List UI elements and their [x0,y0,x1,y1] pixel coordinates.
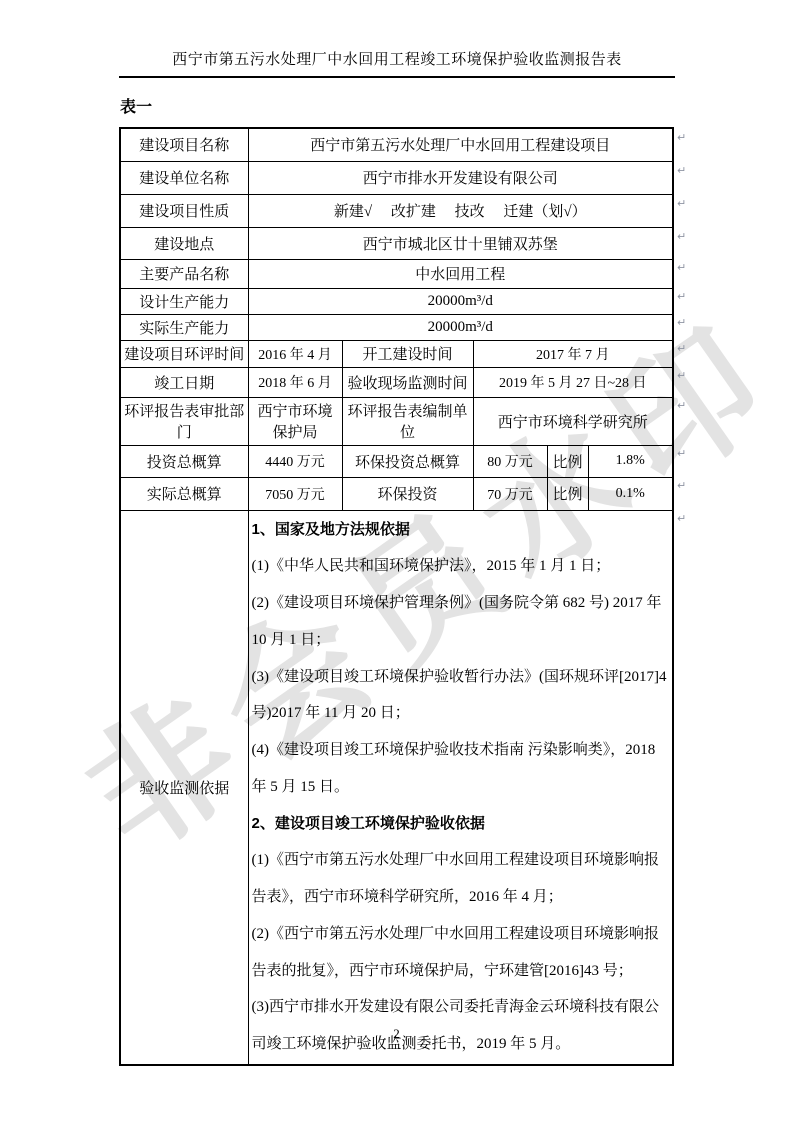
table-row: 竣工日期 2018 年 6 月 验收现场监测时间 2019 年 5 月 27 日… [120,367,673,397]
basis-item: (2)《西宁市第五污水处理厂中水回用工程建设项目环境影响报告表的批复》，西宁市环… [252,916,670,990]
row-label: 设计生产能力 [120,288,248,314]
row-label: 开工建设时间 [342,340,473,367]
row-label: 建设项目环评时间 [120,340,248,367]
row-label: 比例 [547,477,588,510]
row-label: 竣工日期 [120,367,248,397]
table-row: 实际生产能力 20000m³/d [120,314,673,340]
paragraph-mark-icon: ↵ [677,447,686,460]
basis-heading: 2、建设项目竣工环境保护验收依据 [252,806,670,843]
row-label: 建设项目名称 [120,128,248,161]
row-label: 实际总概算 [120,477,248,510]
row-label: 验收监测依据 [120,510,248,1065]
row-value: 西宁市第五污水处理厂中水回用工程建设项目 [248,128,673,161]
report-table: 建设项目名称 西宁市第五污水处理厂中水回用工程建设项目 建设单位名称 西宁市排水… [119,127,674,1066]
paragraph-mark-icon: ↵ [677,290,686,303]
basis-item: (1)《中华人民共和国环境保护法》，2015 年 1 月 1 日； [252,548,670,585]
table-row: 验收监测依据 1、国家及地方法规依据 (1)《中华人民共和国环境保护法》，201… [120,510,673,1065]
row-value: 20000m³/d [248,288,673,314]
row-label: 实际生产能力 [120,314,248,340]
document-title: 西宁市第五污水处理厂中水回用工程竣工环境保护验收监测报告表 [119,48,675,78]
paragraph-mark-icon: ↵ [677,479,686,492]
row-value: 4440 万元 [248,445,342,477]
table-row: 投资总概算 4440 万元 环保投资总概算 80 万元 比例 1.8% [120,445,673,477]
row-label: 建设单位名称 [120,161,248,194]
paragraph-mark-icon: ↵ [677,131,686,144]
table-row: 建设单位名称 西宁市排水开发建设有限公司 [120,161,673,194]
row-value: 0.1% [588,477,673,510]
row-label: 环保投资 [342,477,473,510]
row-value: 70 万元 [473,477,547,510]
table-row: 建设项目名称 西宁市第五污水处理厂中水回用工程建设项目 [120,128,673,161]
row-label: 环评报告表编制单位 [342,397,473,445]
row-value: 7050 万元 [248,477,342,510]
row-value: 1.8% [588,445,673,477]
table-row: 建设项目性质 新建√ 改扩建 技改 迁建（划√） [120,194,673,227]
paragraph-mark-icon: ↵ [677,261,686,274]
row-label: 比例 [547,445,588,477]
row-value: 80 万元 [473,445,547,477]
row-value: 西宁市排水开发建设有限公司 [248,161,673,194]
row-value: 2019 年 5 月 27 日~28 日 [473,367,673,397]
paragraph-mark-icon: ↵ [677,369,686,382]
row-value: 西宁市城北区廿十里铺双苏堡 [248,227,673,259]
table-one-label: 表一 [120,94,152,117]
paragraph-mark-icon: ↵ [677,316,686,329]
basis-item: (1)《西宁市第五污水处理厂中水回用工程建设项目环境影响报告表》，西宁市环境科学… [252,842,670,916]
table-row: 环评报告表审批部门 西宁市环境保护局 环评报告表编制单位 西宁市环境科学研究所 [120,397,673,445]
row-label: 建设地点 [120,227,248,259]
row-value: 2017 年 7 月 [473,340,673,367]
table-row: 设计生产能力 20000m³/d [120,288,673,314]
paragraph-mark-icon: ↵ [677,197,686,210]
paragraph-mark-icon: ↵ [677,399,686,412]
table-row: 主要产品名称 中水回用工程 [120,259,673,288]
basis-item: (4)《建设项目竣工环境保护验收技术指南 污染影响类》，2018 年 5 月 1… [252,732,670,806]
row-label: 主要产品名称 [120,259,248,288]
row-value: 2018 年 6 月 [248,367,342,397]
table-row: 实际总概算 7050 万元 环保投资 70 万元 比例 0.1% [120,477,673,510]
row-label: 环保投资总概算 [342,445,473,477]
row-value: 西宁市环境保护局 [248,397,342,445]
basis-item: (2)《建设项目环境保护管理条例》(国务院令第 682 号) 2017 年 10… [252,585,670,659]
row-label: 环评报告表审批部门 [120,397,248,445]
row-value: 西宁市环境科学研究所 [473,397,673,445]
row-value: 2016 年 4 月 [248,340,342,367]
row-value: 新建√ 改扩建 技改 迁建（划√） [248,194,673,227]
paragraph-mark-icon: ↵ [677,342,686,355]
basis-content: 1、国家及地方法规依据 (1)《中华人民共和国环境保护法》，2015 年 1 月… [248,510,673,1065]
table-row: 建设地点 西宁市城北区廿十里铺双苏堡 [120,227,673,259]
paragraph-mark-icon: ↵ [677,512,686,525]
row-label: 投资总概算 [120,445,248,477]
basis-item: (3)《建设项目竣工环境保护验收暂行办法》(国环规环评[2017]4 号)201… [252,659,670,733]
row-label: 建设项目性质 [120,194,248,227]
page-number: 2 [0,1026,793,1042]
row-value: 中水回用工程 [248,259,673,288]
row-label: 验收现场监测时间 [342,367,473,397]
row-value: 20000m³/d [248,314,673,340]
paragraph-mark-icon: ↵ [677,164,686,177]
basis-heading: 1、国家及地方法规依据 [252,512,670,549]
paragraph-mark-icon: ↵ [677,230,686,243]
table-row: 建设项目环评时间 2016 年 4 月 开工建设时间 2017 年 7 月 [120,340,673,367]
